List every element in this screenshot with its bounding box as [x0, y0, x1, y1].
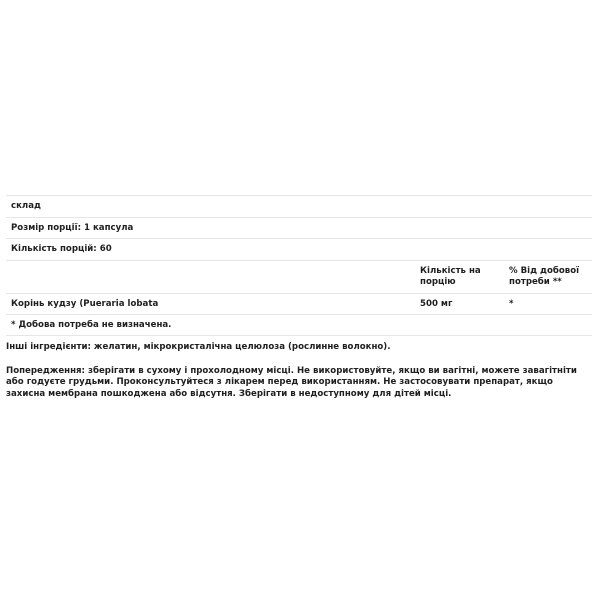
ingredient-name: Корінь кудзу (Pueraria lobata — [11, 299, 158, 309]
footnote: * Добова потреба не визначена. — [11, 320, 171, 330]
table-title-row: склад — [6, 195, 592, 217]
table-row: Корінь кудзу (Pueraria lobata 500 мг * — [6, 293, 592, 315]
header-amount-per-serving: Кількість на порцію — [420, 266, 481, 289]
header-dv-line1: % Від добової — [509, 266, 579, 276]
servings-per-container: Кількість порцій: 60 — [11, 244, 112, 254]
servings-per-container-row: Кількість порцій: 60 — [6, 238, 592, 260]
table-title: склад — [11, 201, 41, 211]
ingredient-daily-value: * — [509, 294, 514, 315]
header-dv-line2: потреби ** — [509, 277, 562, 287]
serving-size-row: Розмір порції: 1 капсула — [6, 217, 592, 239]
product-notes: Інші інгредієнти: желатин, мікрокристалі… — [6, 342, 592, 412]
header-amount-line2: порцію — [420, 277, 456, 287]
other-ingredients: Інші інгредієнти: желатин, мікрокристалі… — [6, 342, 592, 354]
supplement-facts-table: склад Розмір порції: 1 капсула Кількість… — [6, 195, 592, 336]
header-daily-value: % Від добової потреби ** — [509, 266, 579, 289]
ingredient-amount: 500 мг — [420, 294, 452, 315]
footnote-row: * Добова потреба не визначена. — [6, 314, 592, 336]
serving-size: Розмір порції: 1 капсула — [11, 223, 133, 233]
table-header-row: Кількість на порцію % Від добової потреб… — [6, 260, 592, 293]
header-amount-line1: Кількість на — [420, 266, 481, 276]
warning-text: Попередження: зберігати в сухому і прохо… — [6, 366, 592, 401]
